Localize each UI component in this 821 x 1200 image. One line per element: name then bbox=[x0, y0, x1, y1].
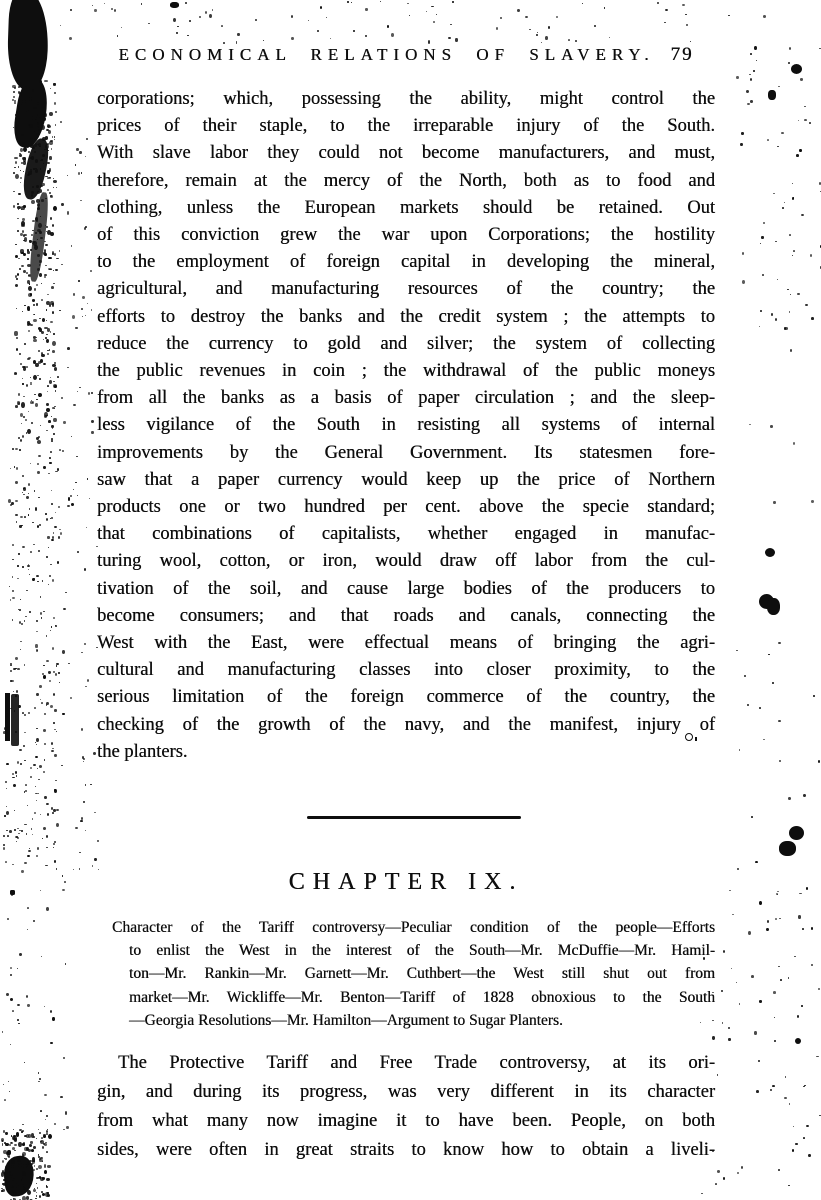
text-line: reduce the currency to gold and silver; … bbox=[97, 331, 715, 358]
text-line: checking of the growth of the navy, and … bbox=[97, 712, 715, 739]
text-line: The Protective Tariff and Free Trade con… bbox=[97, 1049, 715, 1078]
text-line: less vigilance of the South in resisting… bbox=[97, 412, 715, 439]
text-line: improvements by the General Government. … bbox=[97, 440, 715, 467]
text-line: from all the banks as a basis of paper c… bbox=[97, 385, 715, 412]
text-line: prices of their staple, to the irreparab… bbox=[97, 113, 715, 140]
text-line: that combinations of capitalists, whethe… bbox=[97, 521, 715, 548]
header-title: ECONOMICAL RELATIONS OF SLAVERY. bbox=[118, 45, 654, 65]
text-line: the public revenues in coin ; the withdr… bbox=[97, 358, 715, 385]
text-line: from what many now imagine it to have be… bbox=[97, 1107, 715, 1136]
text-line: gin, and during its progress, was very d… bbox=[97, 1078, 715, 1107]
text-line: saw that a paper currency would keep up … bbox=[97, 467, 715, 494]
text-line: With slave labor they could not become m… bbox=[97, 140, 715, 167]
paragraph-2: The Protective Tariff and Free Trade con… bbox=[97, 1049, 715, 1165]
ink-blot bbox=[767, 598, 780, 615]
text-line: corporations; which, possessing the abil… bbox=[97, 86, 715, 113]
running-header: ECONOMICAL RELATIONS OF SLAVERY. 79 bbox=[97, 44, 715, 66]
chapter-heading: CHAPTER IX. bbox=[97, 869, 715, 896]
ink-dot bbox=[170, 2, 179, 8]
text-line: therefore, remain at the mercy of the No… bbox=[97, 168, 715, 195]
text-line: clothing, unless the European markets sh… bbox=[97, 195, 715, 222]
text-line: market—Mr. Wickliffe—Mr. Benton—Tariff o… bbox=[112, 986, 715, 1009]
text-line: products one or two hundred per cent. ab… bbox=[97, 494, 715, 521]
text-line: to enlist the West in the interest of th… bbox=[112, 939, 715, 962]
text-line: —Georgia Resolutions—Mr. Hamilton—Argume… bbox=[112, 1009, 715, 1032]
binding-smudge bbox=[6, 0, 49, 91]
book-page: ECONOMICAL RELATIONS OF SLAVERY. 79 corp… bbox=[0, 0, 821, 1200]
text-line: sides, were often in great straits to kn… bbox=[97, 1136, 715, 1165]
text-line: agricultural, and manufacturing resource… bbox=[97, 276, 715, 303]
ink-dot bbox=[795, 1038, 801, 1044]
ink-blot bbox=[789, 826, 804, 840]
ink-dot bbox=[791, 64, 802, 74]
edge-bar bbox=[5, 693, 10, 741]
ink-dot bbox=[768, 90, 776, 100]
text-line: ton—Mr. Rankin—Mr. Garnett—Mr. Cuthbert—… bbox=[112, 962, 715, 985]
text-line: the planters. bbox=[97, 739, 715, 766]
text-line: become consumers; and that roads and can… bbox=[97, 603, 715, 630]
text-line: of this conviction grew the war upon Cor… bbox=[97, 222, 715, 249]
ink-dot bbox=[765, 548, 775, 557]
page-number: 79 bbox=[671, 44, 694, 66]
text-line: tivation of the soil, and cause large bo… bbox=[97, 576, 715, 603]
edge-bar bbox=[11, 694, 19, 746]
text-line: turing wool, cotton, or iron, would draw… bbox=[97, 548, 715, 575]
text-line: cultural and manufacturing classes into … bbox=[97, 657, 715, 684]
text-line: to the employment of foreign capital in … bbox=[97, 249, 715, 276]
text-line: West with the East, were effectual means… bbox=[97, 630, 715, 657]
text-line: Character of the Tariff controversy—Pecu… bbox=[112, 916, 715, 939]
chapter-summary: Character of the Tariff controversy—Pecu… bbox=[112, 916, 715, 1032]
text-line: efforts to destroy the banks and the cre… bbox=[97, 304, 715, 331]
ink-blot bbox=[779, 841, 796, 856]
text-line: serious limitation of the foreign commer… bbox=[97, 684, 715, 711]
paragraph-1: corporations; which, possessing the abil… bbox=[97, 86, 715, 766]
section-divider-rule bbox=[307, 816, 521, 819]
